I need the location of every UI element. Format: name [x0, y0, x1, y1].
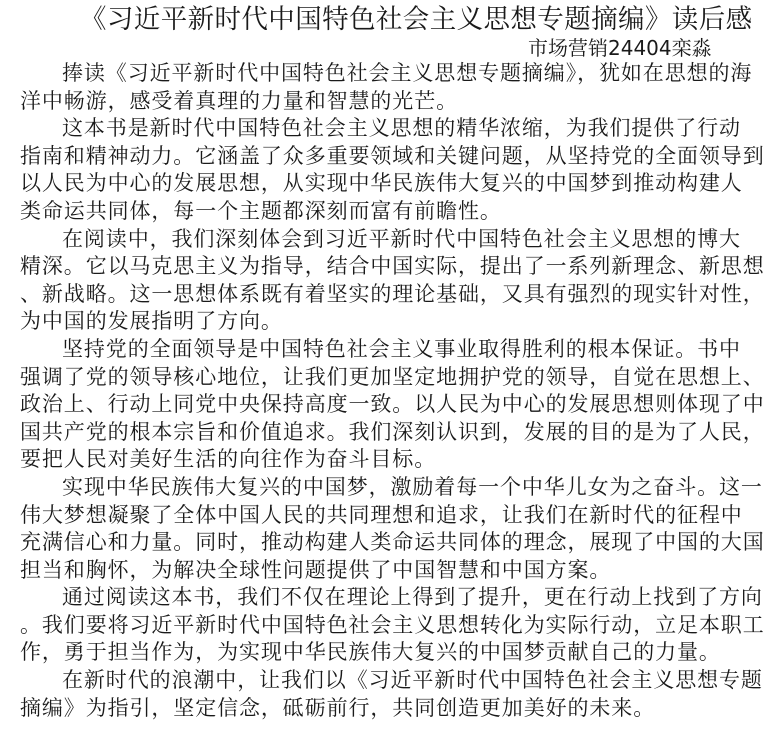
text-line: 伟大梦想凝聚了全体中国人民的共同理想和追求，让我们在新时代的征程中 — [20, 502, 772, 530]
text-line: 。我们要将习近平新时代中国特色社会主义思想转化为实际行动，立足本职工 — [20, 612, 772, 640]
text-line: 政治上、行动上同党中央保持高度一致。以人民为中心的发展思想则体现了中 — [20, 391, 772, 419]
paragraph-7: 在新时代的浪潮中，让我们以《习近平新时代中国特色社会主义思想专题 摘编》为指引，… — [20, 667, 772, 722]
text-line: 精深。它以马克思主义为指导，结合中国实际，提出了一系列新理念、新思想 — [20, 253, 772, 281]
text-line: 指南和精神动力。它涵盖了众多重要领域和关键问题，从坚持党的全面领导到 — [20, 143, 772, 171]
text-line: 类命运共同体，每一个主题都深刻而富有前瞻性。 — [20, 198, 772, 226]
text-line: 摘编》为指引，坚定信念，砥砺前行，共同创造更加美好的未来。 — [20, 695, 772, 723]
paragraph-2: 这本书是新时代中国特色社会主义思想的精华浓缩，为我们提供了行动 指南和精神动力。… — [20, 115, 772, 225]
document-body: 捧读《习近平新时代中国特色社会主义思想专题摘编》，犹如在思想的海 洋中畅游，感受… — [20, 60, 772, 722]
text-line: 在阅读中，我们深刻体会到习近平新时代中国特色社会主义思想的博大 — [20, 226, 772, 254]
author-line: 市场营销24404栾淼 — [528, 35, 712, 61]
text-line: 通过阅读这本书，我们不仅在理论上得到了提升，更在行动上找到了方向 — [20, 584, 772, 612]
text-line: 强调了党的领导核心地位，让我们更加坚定地拥护党的领导，自觉在思想上、 — [20, 364, 772, 392]
text-line: 实现中华民族伟大复兴的中国梦，激励着每一个中华儿女为之奋斗。这一 — [20, 474, 772, 502]
paragraph-1: 捧读《习近平新时代中国特色社会主义思想专题摘编》，犹如在思想的海 洋中畅游，感受… — [20, 60, 772, 115]
text-line: 要把人民对美好生活的向往作为奋斗目标。 — [20, 446, 772, 474]
text-line: 坚持党的全面领导是中国特色社会主义事业取得胜利的根本保证。书中 — [20, 336, 772, 364]
text-line: 捧读《习近平新时代中国特色社会主义思想专题摘编》，犹如在思想的海 — [20, 60, 772, 88]
text-line: 为中国的发展指明了方向。 — [20, 308, 772, 336]
text-line: 以人民为中心的发展思想，从实现中华民族伟大复兴的中国梦到推动构建人 — [20, 170, 772, 198]
text-line: 充满信心和力量。同时，推动构建人类命运共同体的理念，展现了中国的大国 — [20, 529, 772, 557]
text-line: 作，勇于担当作为，为实现中华民族伟大复兴的中国梦贡献自己的力量。 — [20, 639, 772, 667]
text-line: 、新战略。这一思想体系既有着坚实的理论基础，又具有强烈的现实针对性， — [20, 281, 772, 309]
document-title: 《习近平新时代中国特色社会主义思想专题摘编》读后感 — [80, 4, 770, 36]
paragraph-3: 在阅读中，我们深刻体会到习近平新时代中国特色社会主义思想的博大 精深。它以马克思… — [20, 226, 772, 336]
text-line: 担当和胸怀，为解决全球性问题提供了中国智慧和中国方案。 — [20, 557, 772, 585]
text-line: 在新时代的浪潮中，让我们以《习近平新时代中国特色社会主义思想专题 — [20, 667, 772, 695]
paragraph-6: 通过阅读这本书，我们不仅在理论上得到了提升，更在行动上找到了方向 。我们要将习近… — [20, 584, 772, 667]
text-line: 这本书是新时代中国特色社会主义思想的精华浓缩，为我们提供了行动 — [20, 115, 772, 143]
text-line: 国共产党的根本宗旨和价值追求。我们深刻认识到，发展的目的是为了人民， — [20, 419, 772, 447]
paragraph-5: 实现中华民族伟大复兴的中国梦，激励着每一个中华儿女为之奋斗。这一 伟大梦想凝聚了… — [20, 474, 772, 584]
text-line: 洋中畅游，感受着真理的力量和智慧的光芒。 — [20, 88, 772, 116]
paragraph-4: 坚持党的全面领导是中国特色社会主义事业取得胜利的根本保证。书中 强调了党的领导核… — [20, 336, 772, 474]
